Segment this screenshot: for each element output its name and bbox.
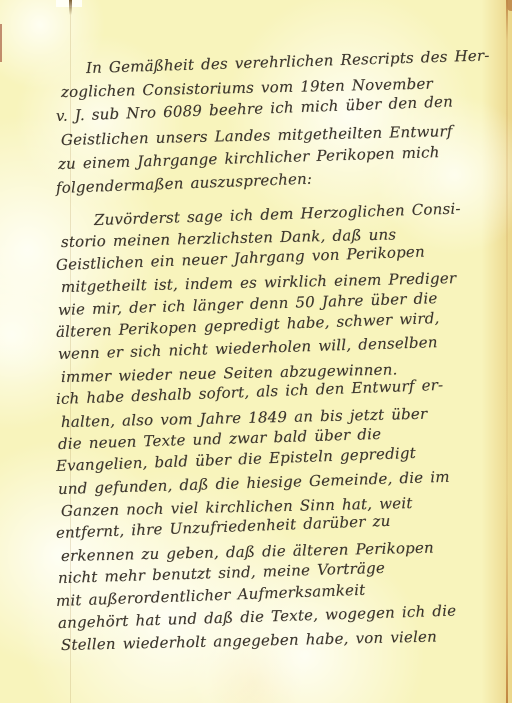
manuscript-page: In Gemäßheit des verehrlichen Rescripts … (0, 0, 512, 703)
scan-corner-speck (507, 0, 512, 11)
scan-left-edge-mark (0, 24, 2, 62)
fold-crease-top-mark (69, 0, 72, 15)
paragraph-2: Zuvörderst sage ich dem Herzoglichen Con… (58, 209, 456, 657)
handwritten-text: In Gemäßheit des verehrlichen Rescripts … (58, 56, 456, 657)
scan-right-edge-line (506, 0, 508, 703)
paragraph-1: In Gemäßheit des verehrlichen Rescripts … (58, 56, 456, 200)
